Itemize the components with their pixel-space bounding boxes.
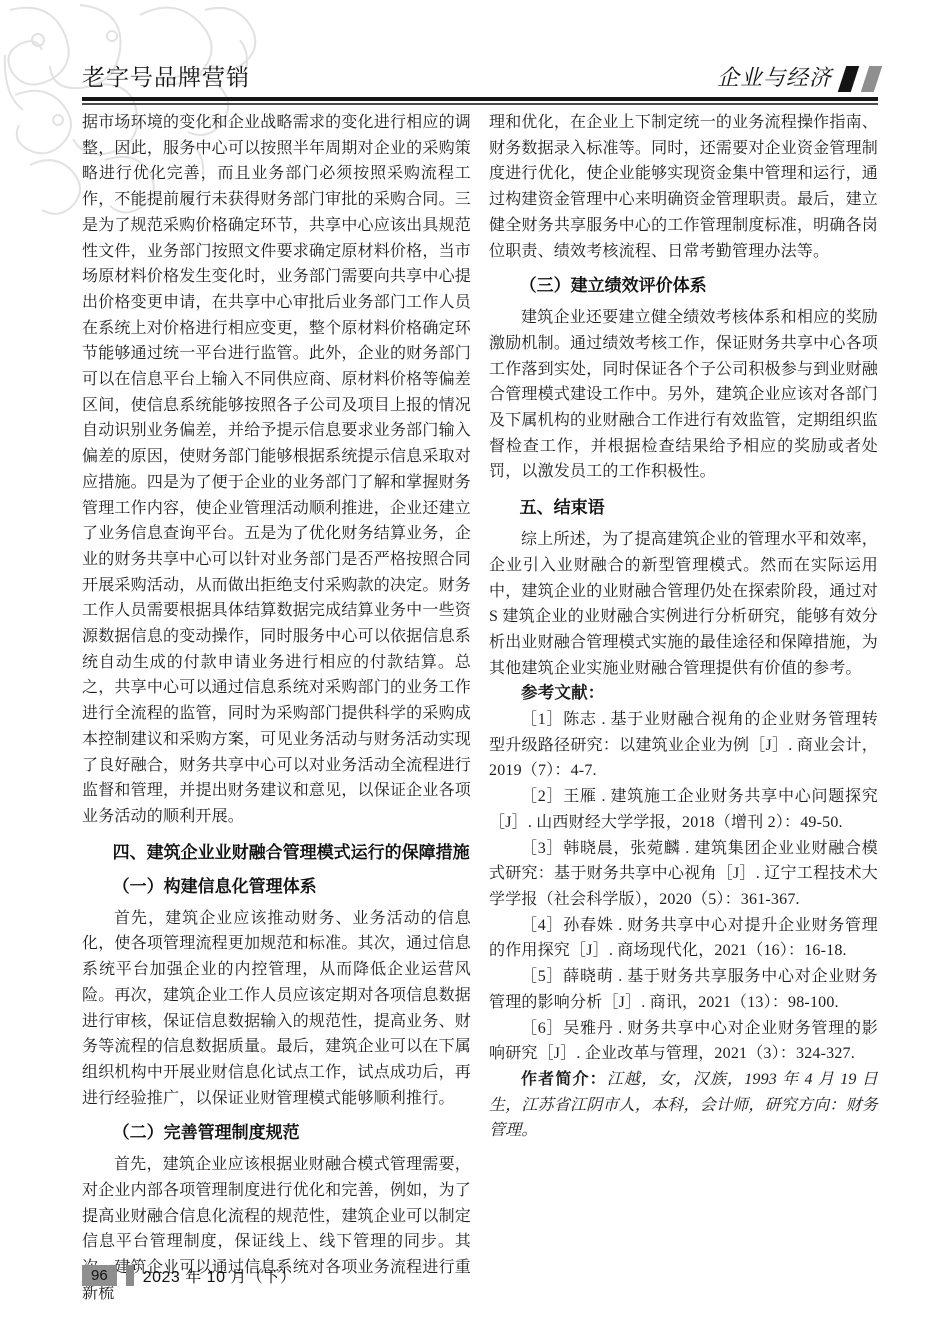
author-bio-label: 作者简介： [521,1071,607,1088]
header-rule-thick [82,97,878,101]
journal-banner: 企业与经济 [717,61,878,92]
article-body: 据市场环境的变化和企业战略需求的变化进行相应的调整，因此，服务中心可以按照半年周… [82,110,878,1307]
left-column: 据市场环境的变化和企业战略需求的变化进行相应的调整，因此，服务中心可以按照半年周… [82,110,471,1307]
section-heading-four: 四、建筑企业业财融合管理模式运行的保障措施 [82,841,471,865]
paragraph-continuation: 据市场环境的变化和企业战略需求的变化进行相应的调整，因此，服务中心可以按照半年周… [82,110,471,830]
banner-parallelogram-gray-icon [861,66,882,92]
footer-divider-icon [126,1265,134,1286]
page-footer: 96 2023 年 10 月（下） [82,1264,296,1287]
subsection-heading-one: （一）构建信息化管理体系 [82,875,471,899]
reference-item: ［1］陈志 . 基于业财融合视角的企业财务管理转型升级路径研究：以建筑业企业为例… [489,707,878,784]
right-column: 理和优化，在企业上下制定统一的业务流程操作指南、财务数据录入标准等。同时，还需要… [489,110,878,1307]
reference-item: ［5］薛晓萌 . 基于财务共享服务中心对企业财务管理的影响分析［J］. 商讯，2… [489,964,878,1015]
references-title-label: 参考文献： [521,684,605,702]
subsection-heading-three: （三）建立绩效评价体系 [489,274,878,298]
banner-parallelogram-black-icon [838,66,859,92]
column-section-title: 老字号品牌营销 [82,59,250,92]
reference-item: ［2］王雁 . 建筑施工企业财务共享中心问题探究［J］. 山西财经大学学报，20… [489,784,878,835]
section-heading-five: 五、结束语 [489,496,878,520]
author-bio: 作者简介：江越，女，汉族，1993 年 4 月 19 日生，江苏省江阴市人，本科… [489,1067,878,1144]
reference-item: ［3］韩晓晨，张菀麟 . 建筑集团企业业财融合模式研究：基于财务共享中心视角［J… [489,836,878,913]
references-title: 参考文献： [489,681,878,707]
journal-title: 企业与经济 [717,61,832,92]
paragraph-continuation: 理和优化，在企业上下制定统一的业务流程操作指南、财务数据录入标准等。同时，还需要… [489,110,878,264]
header-rule-thin [82,103,878,105]
page-header: 老字号品牌营销 企业与经济 [82,52,878,105]
paragraph: 建筑企业还要建立健全绩效考核体系和相应的奖励激励机制。通过绩效考核工作，保证财务… [489,305,878,485]
issue-date-label: 2023 年 10 月（下） [143,1264,297,1287]
page-number-badge: 96 [82,1265,117,1286]
subsection-heading-two: （二）完善管理制度规范 [82,1121,471,1145]
reference-item: ［4］孙春姝 . 财务共享中心对提升企业财务管理的作用探究［J］. 商场现代化，… [489,913,878,964]
paragraph-conclusion: 综上所述，为了提高建筑企业的管理水平和效率，企业引入业财融合的新型管理模式。然而… [489,527,878,681]
reference-item: ［6］吴雅丹 . 财务共享中心对企业财务管理的影响研究［J］. 企业改革与管理，… [489,1016,878,1067]
paragraph: 首先，建筑企业应该推动财务、业务活动的信息化，使各项管理流程更加规范和标准。其次… [82,906,471,1112]
